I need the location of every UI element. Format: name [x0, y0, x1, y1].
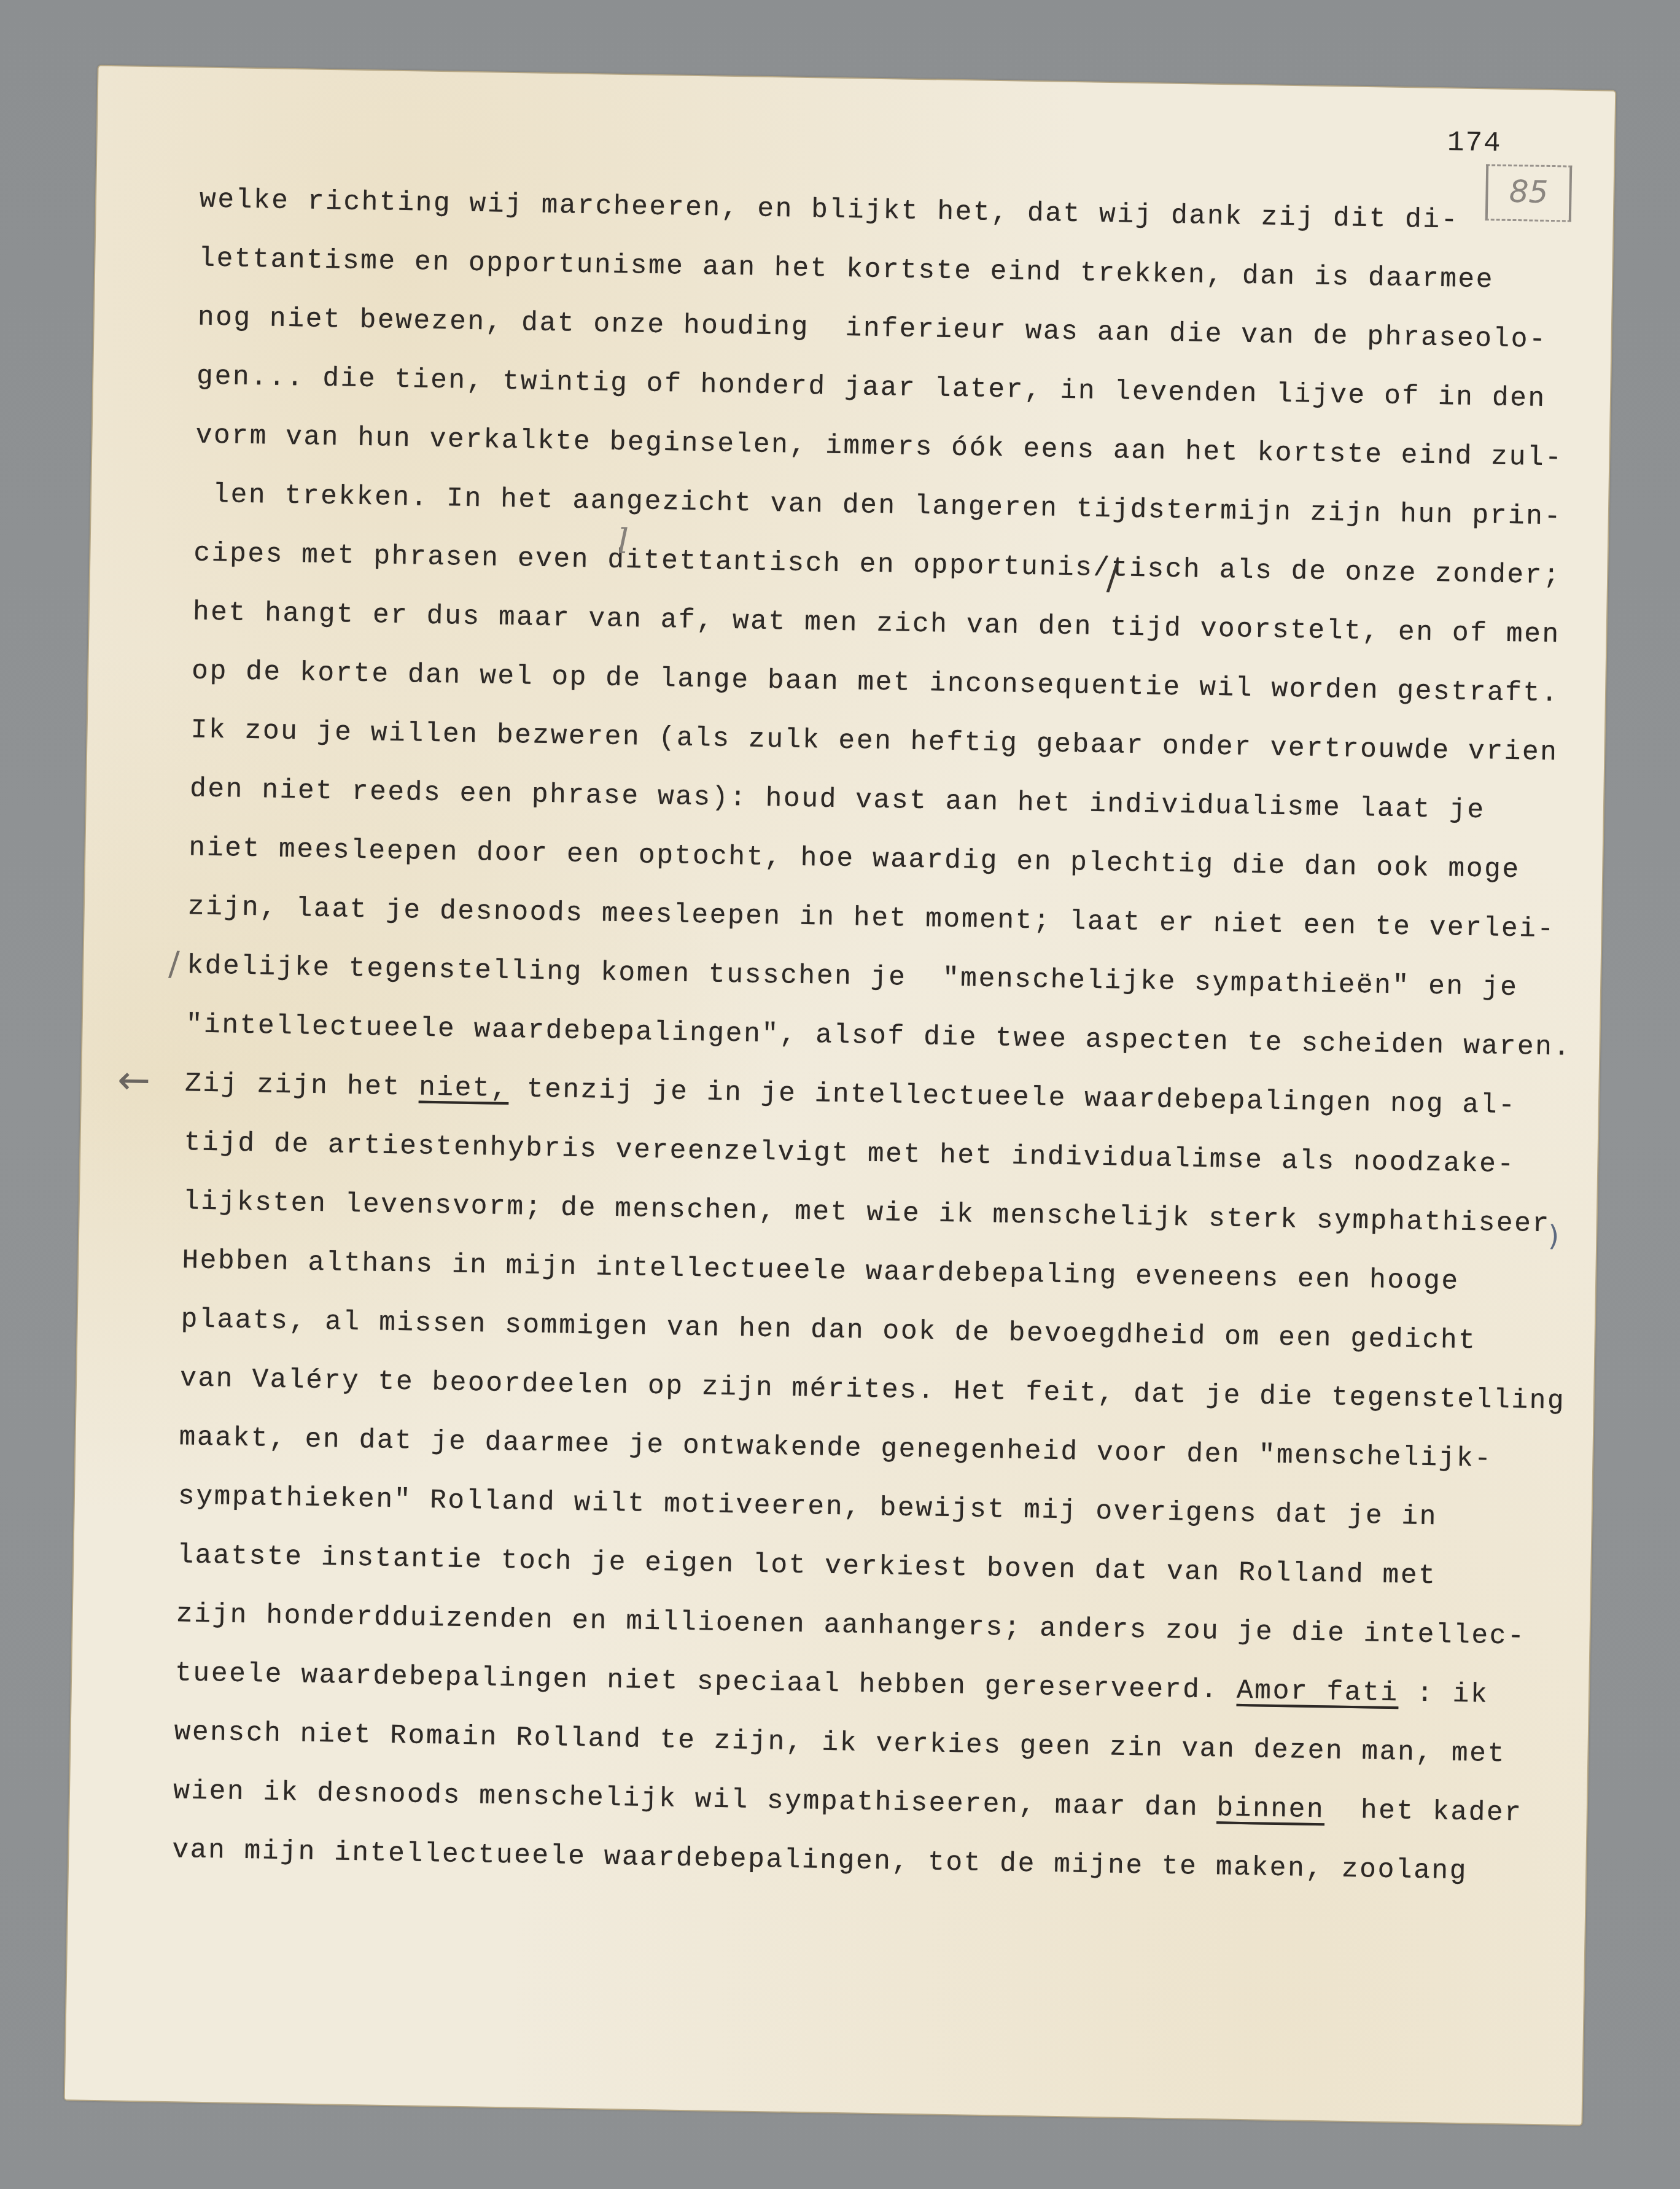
typewritten-page: 174 85 welke richting wij marcheeren, en… [64, 65, 1617, 2126]
text-segment: tueele waardebepalingen niet speciaal he… [175, 1658, 1237, 1706]
text-line: wensch niet Romain Rolland te zijn, ik v… [174, 1717, 1506, 1770]
text-line: welke richting wij marcheeren, en blijkt… [200, 185, 1460, 236]
text-line: lettantisme en opportunisme aan het kort… [198, 243, 1494, 295]
underlined-word-niet: niet, [419, 1073, 509, 1105]
text-line: cipes met phrasen even ditettantisch en … [193, 538, 1561, 591]
text-line: zijn, laat je desnoods meesleepen in het… [188, 892, 1556, 945]
text-line: sympathieken" Rolland wilt motiveeren, b… [178, 1481, 1438, 1533]
text-line: den niet reeds een phrase was): houd vas… [190, 774, 1485, 826]
text-line: Ik zou je willen bezweren (als zulk een … [190, 715, 1558, 768]
text-line: laatste instantie toch je eigen lot verk… [177, 1540, 1437, 1592]
page-number: 174 [1447, 126, 1502, 159]
text-line: van mijn intellectueele waardebepalingen… [172, 1835, 1468, 1887]
text-line: lijksten levensvorm; de menschen, met wi… [183, 1186, 1551, 1240]
text-line: nog niet bewezen, dat onze houding infer… [197, 302, 1547, 355]
pencil-paren-mark: ) [1548, 1219, 1560, 1252]
text-segment: wien ik desnoods menschelijk wil sympath… [173, 1776, 1217, 1824]
text-line-with-underline: wien ik desnoods menschelijk wil sympath… [173, 1776, 1523, 1829]
text-line: van Valéry te beoordeelen op zijn mérite… [180, 1363, 1566, 1417]
typed-slash-mark: / [1106, 556, 1119, 597]
pencil-arrow-left-icon: ← [117, 1057, 151, 1103]
underlined-word-binnen: binnen [1216, 1793, 1325, 1825]
text-line: het hangt er dus maar van af, wat men zi… [192, 597, 1560, 650]
text-segment: het kader [1324, 1795, 1523, 1829]
text-line-with-underline: Zij zijn het niet, tenzij je in je intel… [185, 1068, 1517, 1121]
text-segment: tenzij je in je intellectueele waardebep… [508, 1074, 1517, 1121]
text-line: op de korte dan wel op de lange baan met… [192, 656, 1560, 709]
text-line: maakt, en dat je daarmee je ontwakende g… [179, 1422, 1493, 1474]
text-line: len trekken. In het aangezicht van den l… [195, 479, 1563, 532]
text-line: "intellectueele waardebepalingen", alsof… [185, 1009, 1571, 1063]
text-line-with-underline: tueele waardebepalingen niet speciaal he… [175, 1658, 1489, 1710]
text-line: Hebben althans in mijn intellectueele wa… [182, 1245, 1460, 1297]
text-line: gen... die tien, twintig of honderd jaar… [196, 361, 1546, 414]
archive-number-bracketed: 85 [1485, 164, 1573, 222]
text-segment: : ik [1398, 1678, 1488, 1710]
text-segment: Zij zijn het [185, 1068, 419, 1103]
text-line: tijd de artiestenhybris vereenzelvigt me… [184, 1127, 1515, 1180]
pencil-tick-mark: / [168, 944, 180, 983]
text-line: niet meesleepen door een optocht, hoe wa… [189, 833, 1520, 885]
text-line: vorm van hun verkalkte beginselen, immer… [195, 420, 1563, 473]
text-line: kdelijke tegenstelling komen tusschen je… [187, 951, 1519, 1003]
underlined-phrase-amor-fati: Amor fati [1237, 1676, 1399, 1709]
pencil-correction-l: l [617, 522, 629, 562]
text-line: plaats, al missen sommigen van hen dan o… [181, 1304, 1476, 1356]
text-line: zijn honderdduizenden en millioenen aanh… [176, 1599, 1525, 1652]
